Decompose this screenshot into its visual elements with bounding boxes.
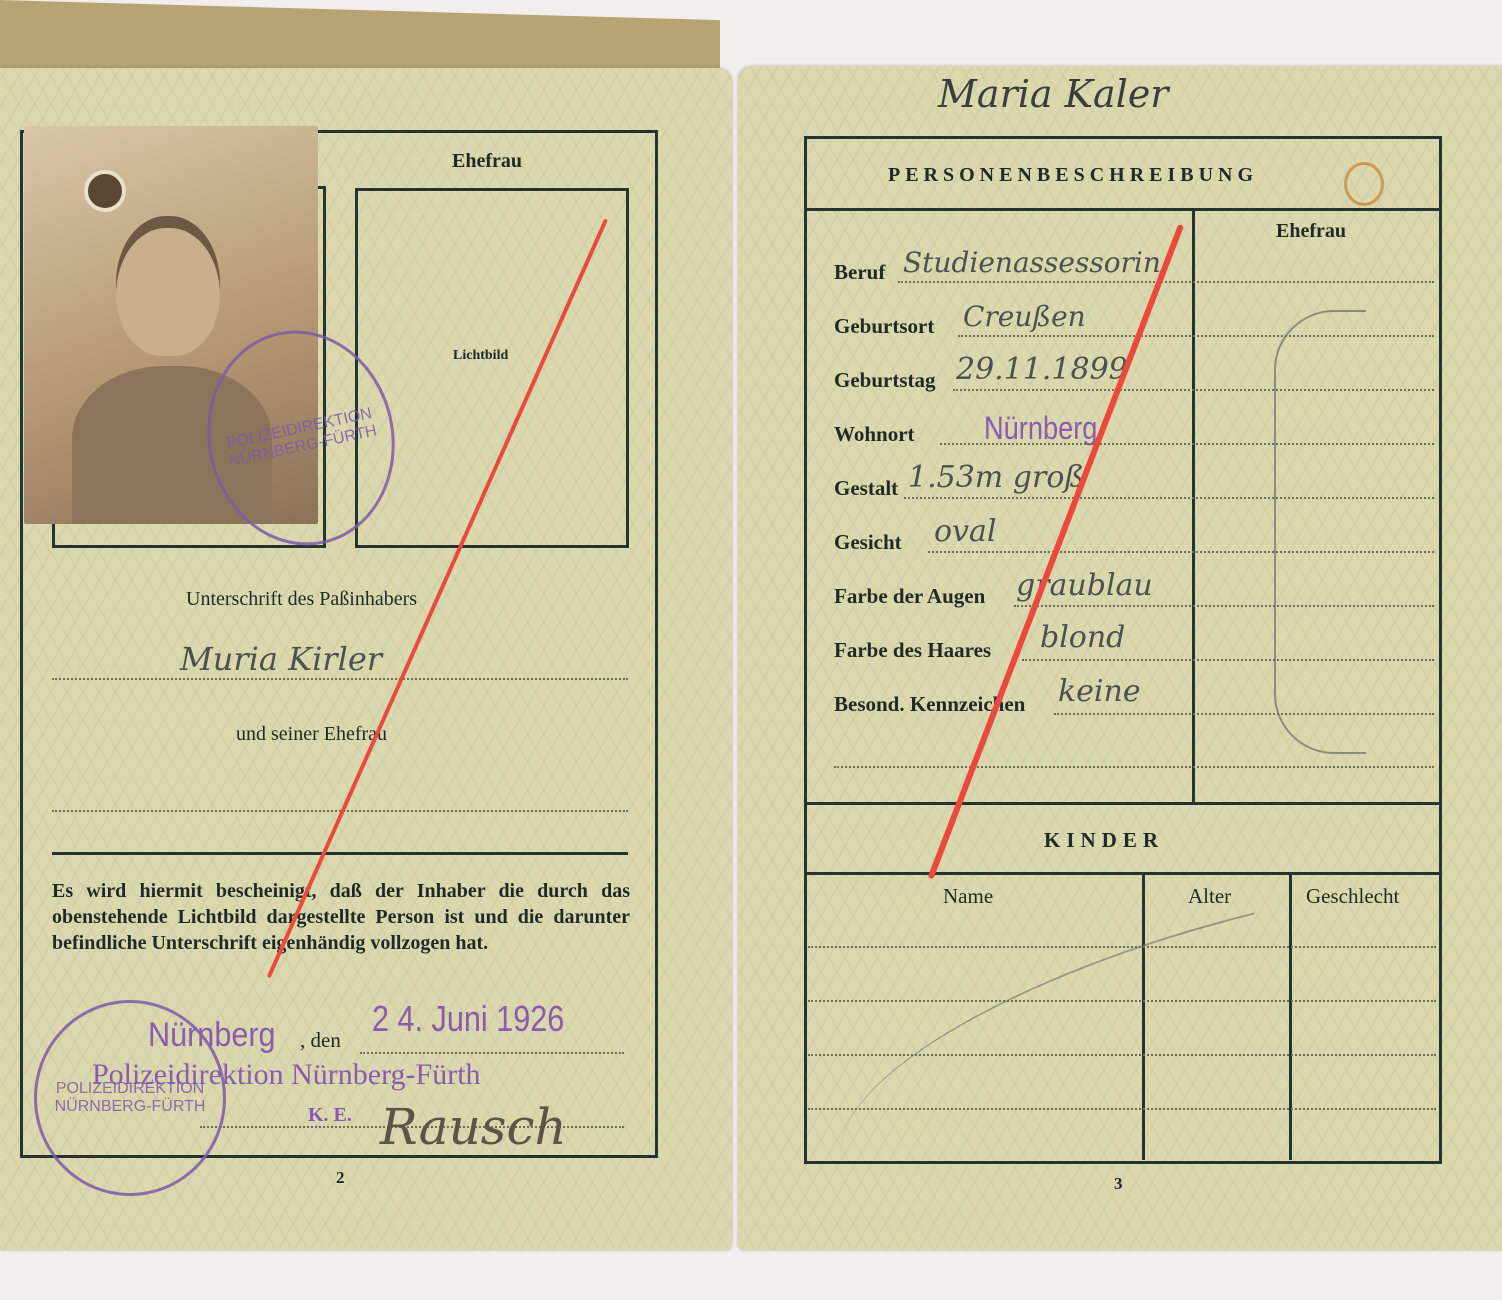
photo-box-ehefrau <box>355 188 629 548</box>
field-label-gestalt: Gestalt <box>834 476 898 501</box>
photo-grommet-icon <box>84 170 126 212</box>
ehefrau-cancel-stroke <box>1274 310 1366 754</box>
kinder-col-name: Name <box>943 884 993 909</box>
stain-ring <box>1344 162 1384 206</box>
field-value-gesicht: oval <box>934 514 997 549</box>
kinder-row-line <box>808 946 1436 948</box>
field-value-beruf: Studienassessorin <box>903 246 1161 279</box>
field-line <box>834 766 1434 768</box>
field-value-haares: blond <box>1040 620 1125 655</box>
field-line <box>898 281 1434 283</box>
kinder-header-divider <box>804 872 1442 875</box>
field-value-wohnort: Nürnberg <box>984 410 1097 447</box>
kinder-col-alter: Alter <box>1188 884 1231 909</box>
field-label-augen: Farbe der Augen <box>834 584 985 609</box>
section-title: PERSONENBESCHREIBUNG <box>888 164 1258 187</box>
kinder-title: KINDER <box>1044 828 1164 853</box>
field-label-haares: Farbe des Haares <box>834 638 991 663</box>
field-value-geburtsort: Creußen <box>963 300 1086 333</box>
field-label-wohnort: Wohnort <box>834 422 915 447</box>
field-line <box>1054 713 1434 715</box>
field-label-geburtstag: Geburtstag <box>834 368 936 393</box>
field-value-kennzeichen: keine <box>1058 674 1141 709</box>
holder-name: Maria Kaler <box>938 72 1168 116</box>
portrait-head <box>116 216 220 356</box>
left-page: Ehefrau Lichtbild POLIZEIDIREKTION NÜRNB… <box>0 68 732 1250</box>
initials-stamp: K. E. <box>308 1104 352 1127</box>
official-signature: Rausch <box>380 1098 567 1156</box>
signature-label: Unterschrift des Paßinhabers <box>186 588 417 611</box>
field-line <box>1022 659 1434 661</box>
kinder-col-geschlecht: Geschlecht <box>1306 884 1399 909</box>
lichtbild-label: Lichtbild <box>453 348 508 364</box>
page-number-left: 2 <box>336 1168 345 1188</box>
ehefrau-column-label: Ehefrau <box>1276 220 1346 243</box>
field-label-beruf: Beruf <box>834 260 885 285</box>
left-divider <box>52 852 628 855</box>
field-label-gesicht: Gesicht <box>834 530 902 555</box>
field-value-gestalt: 1.53m groß <box>908 460 1084 495</box>
right-page: Maria Kaler PERSONENBESCHREIBUNG Ehefrau… <box>738 66 1502 1250</box>
ehefrau-label: Ehefrau <box>452 150 522 173</box>
kinder-top-divider <box>804 802 1442 805</box>
certification-text: Es wird hiermit bescheinigt, daß der Inh… <box>52 878 630 956</box>
signature-line <box>52 678 628 680</box>
kinder-col-divider-2 <box>1289 872 1292 1160</box>
den-label: , den <box>300 1028 341 1053</box>
spouse-label: und seiner Ehefrau <box>236 723 387 746</box>
field-label-geburtsort: Geburtsort <box>834 314 934 339</box>
holder-signature: Muria Kirler <box>180 640 382 678</box>
field-line <box>1014 605 1434 607</box>
authority-stamp: Polizeidirektion Nürnberg-Fürth <box>92 1058 481 1092</box>
page-number-right: 3 <box>1114 1174 1123 1194</box>
title-divider <box>804 208 1442 211</box>
place-stamp: Nürnberg <box>148 1016 276 1055</box>
field-value-geburtstag: 29.11.1899 <box>956 352 1128 387</box>
date-line <box>360 1052 624 1054</box>
date-stamp: 2 4. Juni 1926 <box>372 998 564 1040</box>
